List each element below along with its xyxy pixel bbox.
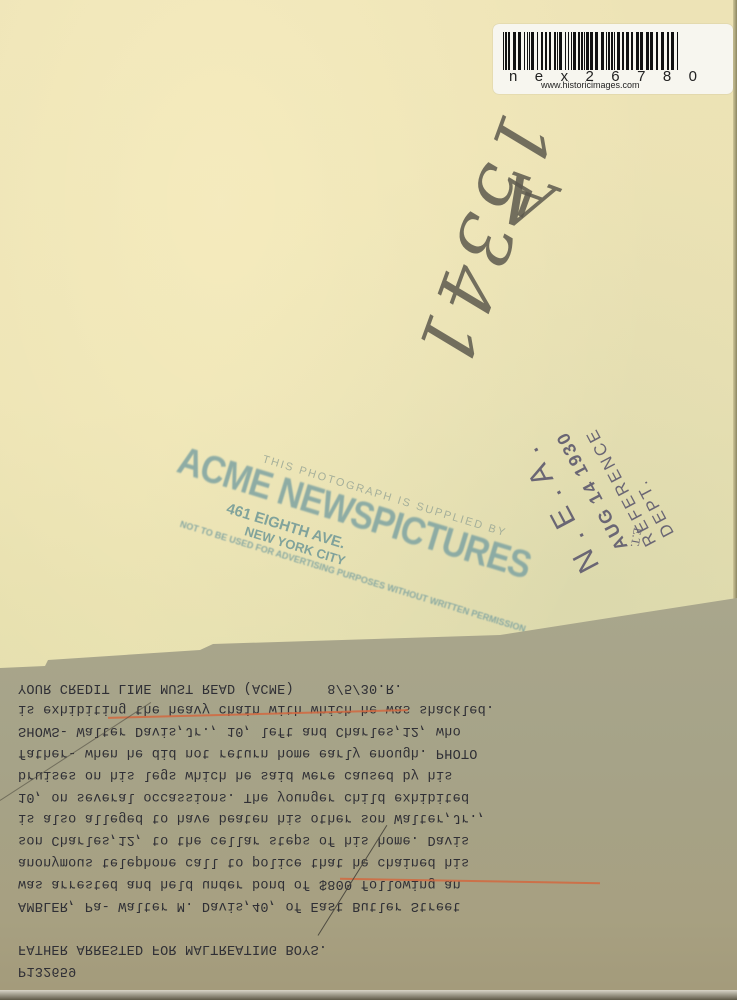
- caption-line: is also alleged to have beaten his other…: [18, 807, 728, 829]
- barcode-char: n: [509, 68, 519, 85]
- caption-line: YOUR CREDIT LINE MUST READ (ACME) 8/5/30…: [18, 676, 728, 698]
- barcode-sticker: n e x 2 6 7 8 0 www.historicimages.com: [493, 24, 733, 94]
- barcode-icon: [503, 32, 699, 70]
- caption-headline: FATHER ARRESTED FOR MALTREATING BOYS.: [18, 938, 728, 960]
- caption-id: P132659: [18, 959, 728, 981]
- barcode-char: 0: [689, 68, 699, 85]
- caption-line: father- when he did not return home earl…: [18, 741, 728, 763]
- caption-line: bruises on his legs which he said were c…: [18, 763, 728, 785]
- caption-line: was arrested and held under bond of $800…: [18, 872, 728, 894]
- caption-line: anonymous telephone call to police that …: [18, 850, 728, 872]
- barcode-char: 8: [663, 68, 673, 85]
- caption-line: 10, on several occassions. The younger c…: [18, 785, 728, 807]
- caption-line: SHOWS- Walter Davis,Jr., 10, left and Ch…: [18, 720, 728, 742]
- caption-spacer: [18, 916, 728, 938]
- scan-bottom-edge: [0, 990, 737, 1000]
- caption-line: AMBLER, Pa- Walter M. Davis,40, of East …: [18, 894, 728, 916]
- barcode-url: www.historicimages.com: [541, 80, 640, 90]
- caption-text: P132659 FATHER ARRESTED FOR MALTREATING …: [18, 676, 728, 981]
